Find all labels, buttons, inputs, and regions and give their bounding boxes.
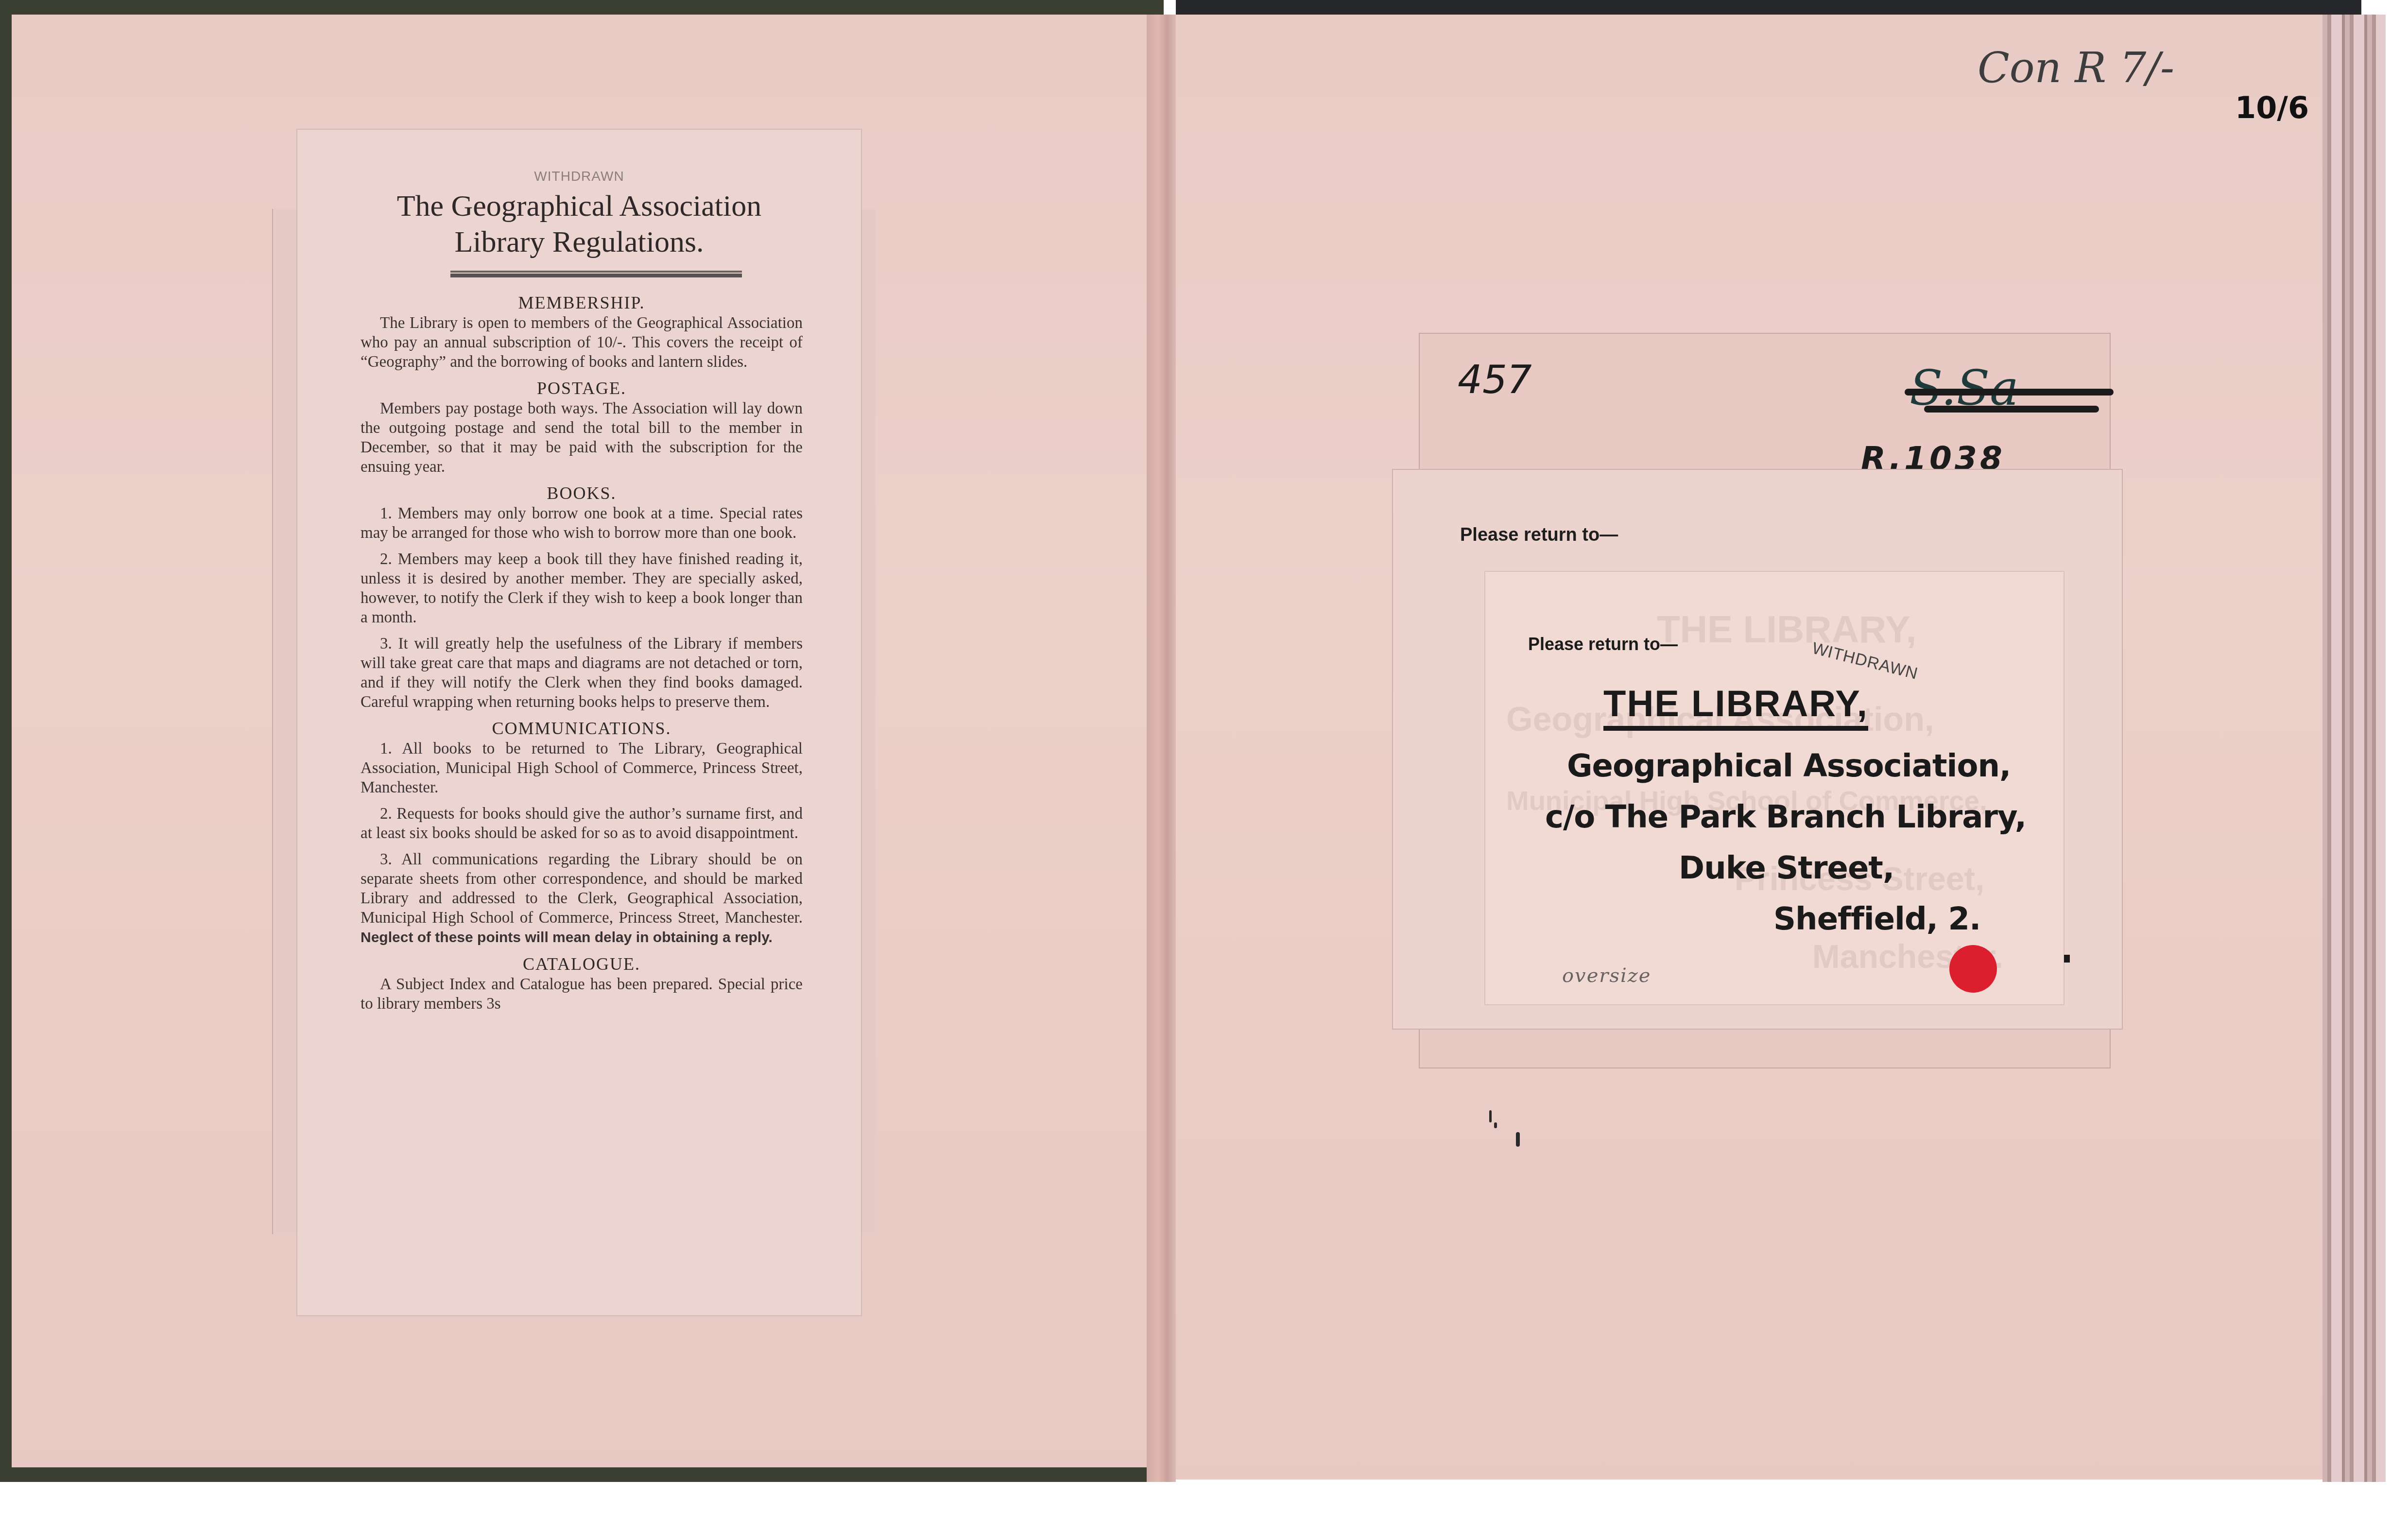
communications-emphasis: Neglect of these points will mean delay …: [361, 929, 773, 946]
ink-period-mark: [2064, 955, 2070, 963]
title-line-1: The Geographical Association: [297, 188, 861, 224]
title-line-2: Library Regulations.: [297, 224, 861, 260]
strike-line: [1905, 389, 2114, 396]
postage-paragraph: Members pay postage both ways. The Assoc…: [361, 399, 803, 477]
library-regulations-sheet: WITHDRAWN The Geographical Association L…: [296, 129, 862, 1316]
accession-number: 457: [1458, 357, 1532, 402]
heading-membership: MEMBERSHIP.: [361, 293, 803, 312]
withdrawn-stamp: WITHDRAWN: [297, 169, 861, 184]
book-gutter: [1147, 15, 1176, 1482]
communications-rule-3-text: 3. All communications regarding the Libr…: [361, 851, 803, 927]
catalogue-paragraph: A Subject Index and Catalogue has been p…: [361, 975, 803, 1014]
pencil-price-note: Con R 7/-: [1978, 44, 2174, 92]
regulations-title: The Geographical Association Library Reg…: [297, 188, 861, 260]
communications-rule-3: 3. All communications regarding the Libr…: [361, 850, 803, 947]
card-return-prompt: Please return to—: [1528, 634, 1678, 654]
strike-line: [1924, 406, 2099, 413]
ink-speck: [1494, 1122, 1497, 1128]
title-double-rule: [450, 271, 742, 277]
red-dot-sticker: [1949, 945, 1997, 993]
communications-rule-1: 1. All books to be returned to The Libra…: [361, 739, 803, 797]
address-line-2: c/o The Park Branch Library,: [1545, 799, 2026, 835]
books-rule-3: 3. It will greatly help the usefulness o…: [361, 634, 803, 712]
ink-speck: [1489, 1110, 1492, 1122]
page-edges: [2322, 15, 2386, 1482]
address-line-1: Geographical Association,: [1567, 748, 2011, 784]
heading-communications: COMMUNICATIONS.: [361, 719, 803, 738]
books-rule-1: 1. Members may only borrow one book at a…: [361, 504, 803, 543]
books-rule-2: 2. Members may keep a book till they hav…: [361, 550, 803, 627]
heading-catalogue: CATALOGUE.: [361, 954, 803, 974]
communications-rule-2: 2. Requests for books should give the au…: [361, 804, 803, 843]
heading-books: BOOKS.: [361, 483, 803, 503]
ghost-print: THE LIBRARY,: [1657, 607, 1916, 652]
pocket-return-label: Please return to—: [1460, 525, 1618, 546]
price-note: 10/6: [2235, 90, 2309, 125]
card-heading: THE LIBRARY,: [1603, 683, 1868, 731]
regulations-body: MEMBERSHIP. The Library is open to membe…: [361, 290, 803, 1020]
membership-paragraph: The Library is open to members of the Ge…: [361, 313, 803, 372]
ink-speck: [1516, 1132, 1520, 1147]
address-line-3: Duke Street,: [1679, 850, 1894, 886]
heading-postage: POSTAGE.: [361, 378, 803, 398]
oversize-pencil-note: oversize: [1562, 964, 1651, 987]
address-line-4: Sheffield, 2.: [1773, 901, 1980, 937]
